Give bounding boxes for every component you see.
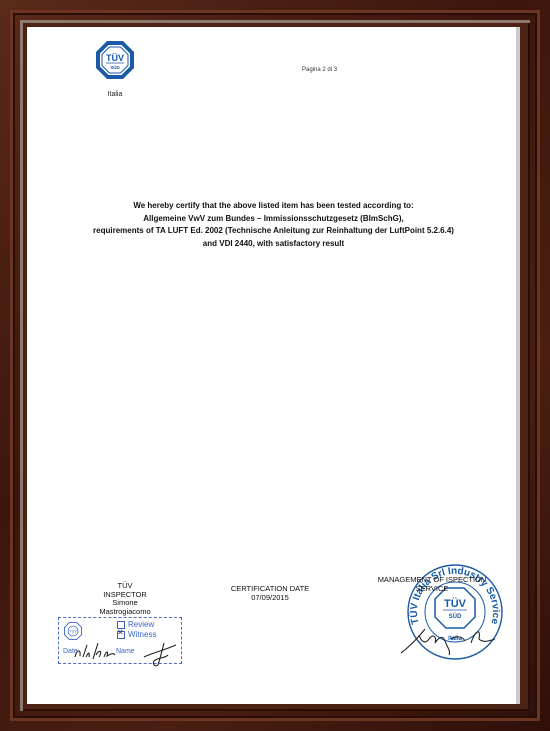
inspector-signature-icon [142,639,182,669]
svg-text:TÜV: TÜV [69,629,77,633]
inspector-block: TÜV INSPECTOR Simone Mastrogiacomo [80,582,170,616]
stamp-option-label: Witness [128,630,156,639]
management-signature-icon [399,617,499,657]
certification-date-block: CERTIFICATION DATE 07/09/2015 [210,585,330,602]
logo-caption: Italia [95,91,135,98]
cert-line: and VDI 2440, with satisfactory result [27,238,520,251]
handwritten-date-icon [71,637,121,665]
certificate-page: TÜV SÜD Italia Pagina 2 di 3 We hereby c… [27,27,520,704]
management-line: SERVICE [367,585,497,594]
certification-date-value: 07/09/2015 [210,594,330,603]
logo-subtext: SÜD [110,64,120,70]
management-block: MANAGEMENT OF ISPECTION SERVICE [367,576,497,593]
page-number: Pagina 2 di 3 [302,67,337,73]
cert-line: Allgemeine VwV zum Bundes – Immissionssc… [27,213,520,226]
logo-text: TÜV [106,53,124,63]
seal-center-text: TÜV [444,597,467,610]
page-edge-shadow [516,27,520,704]
certification-statement: We hereby certify that the above listed … [27,200,520,250]
cert-line: requirements of TA LUFT Ed. 2002 (Techni… [27,225,520,238]
inspector-surname: Mastrogiacomo [80,608,170,617]
cert-line: We hereby certify that the above listed … [27,200,520,213]
stamp-option-witness: Witness [117,630,156,639]
tuv-logo-icon: TÜV SÜD [95,40,135,80]
stamp-option-label: Review [128,620,154,629]
picture-frame: TÜV SÜD Italia Pagina 2 di 3 We hereby c… [0,0,550,731]
